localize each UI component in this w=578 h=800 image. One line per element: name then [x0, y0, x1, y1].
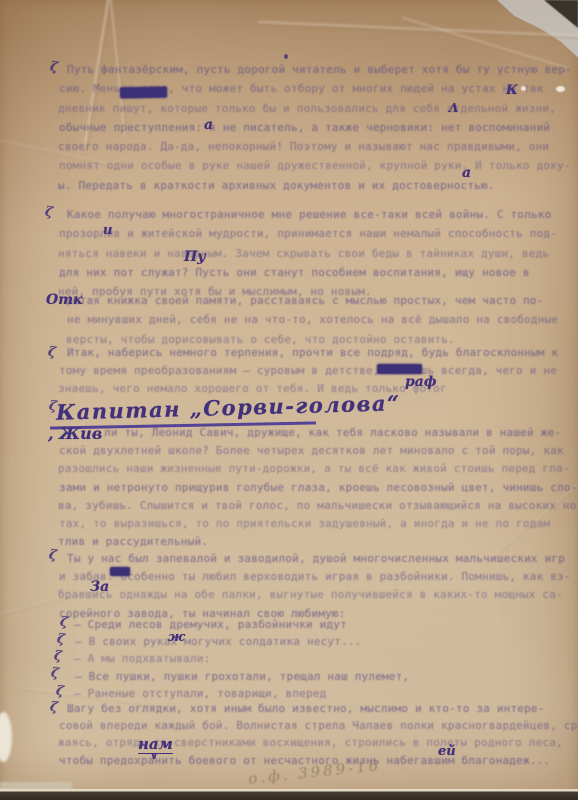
typed-line: — Все пушки, пушки грохотали, трещал наш…: [75, 668, 578, 685]
typed-line: прозорлив и житейской мудрости, принимае…: [59, 224, 571, 243]
typed-line: для них пот служат? Пусть они станут пос…: [59, 263, 571, 282]
typed-line: ва, зубишь. Слышится и твой голос, по ма…: [58, 497, 570, 515]
handwritten-caret-mark: Λ: [449, 101, 458, 115]
typed-line: — А мы подхватывали:: [74, 650, 578, 667]
typed-paragraph: Ты у нас был запевалой и заводилой, душо…: [58, 550, 570, 623]
typed-line: и забав. Особенно ты любил верховодить и…: [59, 568, 571, 586]
typed-line: тах, то выразишься, то по приятельски за…: [59, 515, 571, 533]
typed-line: Ты у нас был запевалой и заводилой, душо…: [58, 550, 570, 568]
typed-line: — Среди лесов дремучих, разбойнички идут: [74, 616, 578, 633]
typed-paragraph: Путь фантазёрским, пусть дорогой читател…: [58, 60, 570, 195]
paper-chip: [556, 86, 565, 92]
handwritten-insertion-a: а: [204, 117, 213, 133]
handwritten-insertion-a: а: [462, 165, 471, 181]
handwritten-insertion-i: и: [103, 223, 112, 238]
paragraph-mark: ζ: [50, 666, 60, 682]
paragraph-mark: ζ: [56, 632, 66, 648]
ink-blot: [120, 87, 167, 99]
handwritten-caret-mark: ∨: [150, 751, 158, 762]
typed-line: тлив и рассудительный.: [58, 533, 570, 551]
typed-line: обычные преступления: я не писатель, а т…: [59, 118, 571, 137]
typed-line: своего народа. Да-да, непокорный! Поэтом…: [58, 137, 570, 156]
handwritten-insertion-pu: Пу: [184, 249, 206, 265]
typed-line: Какое получаю многостраничное мне решени…: [58, 205, 570, 224]
typed-line: зами и нетронуто прищурив голубые глаза,…: [59, 479, 571, 497]
handwritten-insertion-zhiv: , Жив: [48, 424, 102, 443]
ink-blot: [377, 364, 422, 374]
typed-paragraph: Какое получаю многостраничное мне решени…: [58, 205, 570, 301]
typed-line: совой впереди каждый бой. Волнистая стре…: [59, 717, 571, 734]
typed-line: не минувших дней, себя не на что-то, хот…: [67, 310, 571, 329]
handwritten-insertion-ej: ей: [438, 744, 456, 759]
typed-paragraph: Шагу без оглядки, хотя иным было известн…: [58, 700, 570, 769]
typed-line: ской двухлетней школе? Более четырех дес…: [59, 442, 571, 460]
paragraph-mark: ζ: [49, 60, 59, 76]
typed-line: няться навеки и наверным. Зачем скрывать…: [58, 244, 570, 263]
paragraph-mark: ζ: [44, 205, 54, 221]
typed-song-lines: — Среди лесов дремучих, разбойнички идут…: [74, 616, 578, 702]
typed-paragraph: ли ты, Леонид Савич, дружище, как тебя л…: [58, 424, 570, 551]
handwritten-insertion-zh: ж: [168, 630, 185, 645]
photographed-document: Путь фантазёрским, пусть дорогой читател…: [0, 0, 578, 800]
typed-paragraph: рытая книжка своей памяти, расставаясь с…: [66, 291, 570, 349]
torn-corner-fragment: [544, 0, 578, 28]
typed-line: Шагу без оглядки, хотя иным было известн…: [58, 700, 570, 717]
paragraph-mark: ζ: [53, 649, 63, 665]
page-bottom-edge: [0, 789, 578, 800]
typed-line: ы. Передать в краткости архивных докумен…: [58, 176, 570, 195]
handwritten-insertion-raf: раф: [405, 374, 437, 390]
typed-line: — В своих руках могучих солдатика несут.…: [75, 633, 578, 650]
typed-line: дневник пишут, которые только бы и польз…: [58, 99, 570, 118]
typed-line: помнят одни особые в руке нашей дружеств…: [59, 156, 571, 175]
ink-speck: [284, 54, 288, 59]
paragraph-mark: ζ: [59, 615, 69, 631]
paragraph-mark: ζ: [49, 700, 59, 716]
typed-line: тому время преобразованиям — суровым в д…: [59, 362, 571, 380]
ink-blot: [110, 567, 130, 576]
paragraph-mark: ζ: [47, 345, 57, 361]
handwritten-insertion-za: За: [90, 579, 109, 595]
typed-line: Итак, наберись немного терпения, прочти …: [58, 344, 570, 362]
typed-paragraph: Итак, наберись немного терпения, прочти …: [58, 344, 570, 399]
typed-line: бравшись однажды на обе палки, выгнутые …: [58, 586, 570, 604]
typed-line: Путь фантазёрским, пусть дорогой читател…: [58, 60, 570, 79]
typed-line: рытая книжка своей памяти, расставаясь с…: [66, 291, 570, 310]
handwritten-insertion-k: К: [506, 83, 518, 98]
typed-line: жаясь, отряды со сверстниками восхищения…: [58, 734, 570, 751]
paragraph-mark: ζ: [48, 548, 58, 564]
typed-line: разошлись наши жизненные пути-дорожки, а…: [58, 460, 570, 478]
paragraph-mark: ζ: [55, 684, 65, 700]
handwritten-insertion-otk: Отк: [46, 292, 82, 308]
paper-chip: [521, 86, 526, 91]
